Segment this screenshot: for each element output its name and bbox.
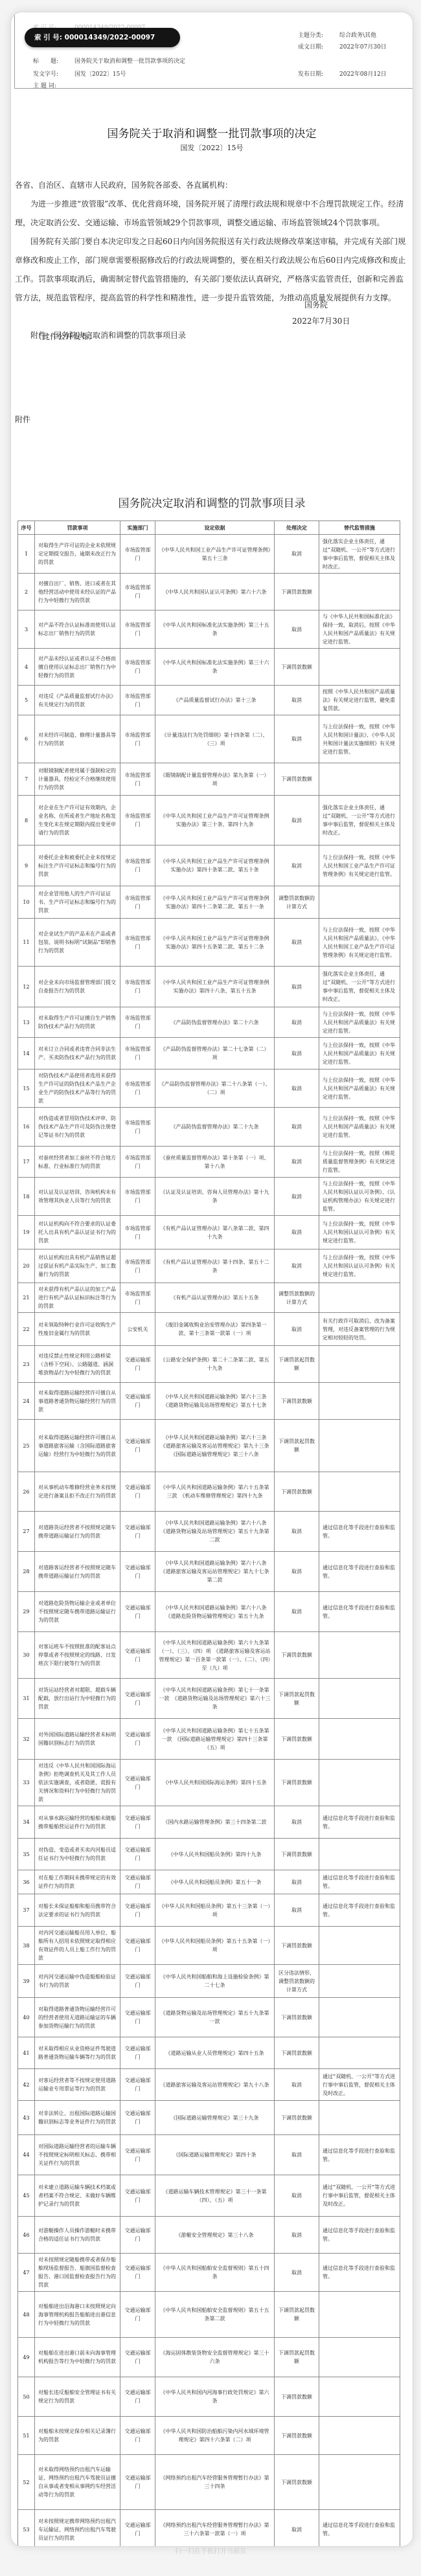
cell-measure — [319, 2292, 400, 2338]
cell-decision: 区分违法情形，调整罚款数额的计算方式 — [275, 1965, 319, 1998]
cell-basis: 《国内水路运输管理条例》第三十四条第二款 — [155, 1806, 275, 1839]
table-row: 47对未按照规定随船携带或者保存船舶现场监督报告、船旗国监督检查报告、港口国监督… — [18, 2254, 400, 2292]
cell-dept: 交通运输部门 — [120, 1346, 155, 1383]
table-row: 42对客运经营者等不按规定使用道路运输业专用票证等行为的罚款交通运输部门《道路旅… — [18, 2069, 400, 2101]
cell-item: 对内河交通运输中伪造船舶检验证书行为的罚款 — [35, 1965, 120, 1998]
cell-no: 38 — [18, 1927, 35, 1965]
table-row: 46对游艇操作人员操作游艇时未携带合格的适任证书行为的罚款交通运输部门《游艇安全… — [18, 2217, 400, 2254]
cell-no: 11 — [18, 919, 35, 967]
footer-hint: 扫一扫在手机打开当前页 — [0, 2546, 421, 2555]
cell-measure — [319, 1679, 400, 1719]
meta-title: 标 题:国务院关于取消和调整一批罚款事项的决定 — [33, 56, 185, 65]
cell-dept: 市场监管部门 — [120, 1147, 155, 1178]
cell-dept: 市场监管部门 — [120, 1249, 155, 1283]
cell-item: 对船舶进出沿海港口未按照规定向海事管理机构报告船舶进出港信息行为中轻微行为的罚款 — [35, 2292, 120, 2338]
meta-publish-date: 发布日期:2022年08月12日 — [298, 69, 387, 78]
cell-measure — [319, 1346, 400, 1383]
cell-basis: 《道路运输从业人员管理规定》第四十五条 — [155, 2037, 275, 2069]
cell-measure: 与上位法保持一致，按照《中华人民共和国计量法》、《中华人民共和国计量法实施细则》… — [319, 715, 400, 763]
cell-basis: 《产品防伪监督管理办法》第二十六条 — [155, 1007, 275, 1038]
cell-no: 6 — [18, 715, 35, 763]
table-row: 2对擅自出厂、销售、进口或者在其他经营活动中使用未经认证的产品行为中轻微行为的罚… — [18, 574, 400, 610]
cell-no: 26 — [18, 1472, 35, 1512]
cell-dept: 交通运输部门 — [120, 1512, 155, 1552]
cell-no: 29 — [18, 1592, 35, 1632]
table-row: 19对认证机构向不符合要求的认证委托人出具有机产品认证证书行为的罚款市场监管部门… — [18, 1216, 400, 1249]
cell-measure — [319, 1965, 400, 1998]
cell-no: 42 — [18, 2069, 35, 2101]
cell-measure: 与上位法保持一致，按照《棉花质量监督管理条例》有关规定进行监管。 — [319, 1147, 400, 1178]
cell-decision: 下调罚款起罚数额 — [275, 2338, 319, 2377]
column-header: 处理决定 — [275, 521, 319, 535]
cell-basis: 《中华人民共和国道路运输条例》第七十一条第一款 《道路货物运输及站场管理规定》第… — [155, 1679, 275, 1719]
cell-measure: 通过“双随机、一公开”等方式进行事中事后监管，督促相关主体及时改正。 — [319, 2069, 400, 2101]
cell-dept: 交通运输部门 — [120, 2417, 155, 2455]
metadata-table: 索 引 号:000014349/2022-00097 标 题:国务院关于取消和调… — [14, 12, 413, 89]
cell-basis: 《计量违法行为处罚细则》第十四条第（二）、（三）项 — [155, 715, 275, 763]
cell-no: 52 — [18, 2455, 35, 2510]
table-row: 21对未获得有机产品认证的加工产品进行有机产品认证标识标注等行为的罚款市场监管部… — [18, 1283, 400, 1313]
cell-basis: 《道路旅客运输及客运站管理规定》第九十八条 — [155, 2069, 275, 2101]
cell-item: 对货运站经营者对超限、超载车辆配载，放行出站行为中轻微行为的罚款 — [35, 1679, 120, 1719]
cell-decision: 取消 — [275, 919, 319, 967]
cell-dept: 交通运输部门 — [120, 2254, 155, 2292]
column-header: 序号 — [18, 521, 35, 535]
cell-no: 23 — [18, 1346, 35, 1383]
cell-decision: 下调罚款数额 — [275, 1998, 319, 2037]
cell-decision: 下调罚款数额 — [275, 1719, 319, 1760]
cell-decision: 取消 — [275, 2510, 319, 2548]
cell-item: 对未获得有机产品认证的加工产品进行有机产品认证标识标注等行为的罚款 — [35, 1283, 120, 1313]
cell-decision: 取消 — [275, 796, 319, 846]
cell-basis: 《中华人民共和国船员条例》第五十一条 — [155, 1870, 275, 1894]
cell-basis: 《中华人民共和国标准化法实施条例》第三十五条 — [155, 610, 275, 649]
cell-basis: 《中华人民共和国道路运输条例》第六十九条第（一）、（三）、（四）项 《道路旅客运… — [155, 1632, 275, 1679]
cell-measure: 与上位法保持一致，按照《中华人民共和国工业产品生产许可证管理条例》有关规定进行监… — [319, 846, 400, 886]
cell-item: 对眼镜制配者使用属于强制检定的计量器具，经检定不合格继续使用行为的罚款 — [35, 763, 120, 796]
cell-decision: 调整罚款数额的计算方式 — [275, 886, 319, 919]
cell-measure — [319, 2377, 400, 2417]
cell-decision: 下调罚款数额 — [275, 1927, 319, 1965]
cell-dept: 市场监管部门 — [120, 574, 155, 610]
cell-no: 3 — [18, 610, 35, 649]
cell-item: 对企业试生产的产品未在产品或者包装、说明书标明“试制品”即销售行为的罚款 — [35, 919, 120, 967]
table-row: 51对船舶未按规定保存相关记录簿行为的罚款交通运输部门《中华人民共和国防治船舶污… — [18, 2417, 400, 2455]
table-header-row: 序号 罚款事项 实施部门 设定依据 处理决定 替代监管措施 — [18, 521, 400, 535]
cell-no: 32 — [18, 1719, 35, 1760]
table-row: 18对认证及认证培训、咨询机构未有效管理其执业人员等行为的罚款市场监管部门《认证… — [18, 1178, 400, 1216]
cell-item: 对未按照规定随船携带或者保存船舶现场监督报告、船旗国监督检查报告、港口国监督检查… — [35, 2254, 120, 2292]
publish-note: （此件公开发布） — [34, 331, 97, 342]
cell-measure: 通过信息化等手段进行查验和监管。 — [319, 1870, 400, 1894]
cell-item: 对蚕丝经营者加工蚕丝不符合地方标准、行业标准行为的罚款 — [35, 1147, 120, 1178]
cell-measure — [319, 1632, 400, 1679]
cell-dept: 市场监管部门 — [120, 1178, 155, 1216]
cell-basis: 《产品防伪监督管理办法》第二十七条第（二）项 — [155, 1038, 275, 1070]
cell-item: 对未取得道路运输经营许可擅自从事道路普通货物运输经营行为的罚款 — [35, 1383, 120, 1420]
cell-basis: 《网络预约出租汽车经营服务管理暂行办法》第三十六条第一款第（一）项 — [155, 2510, 275, 2548]
cell-item: 对未取得网络预约出租汽车运输证、网络预约出租汽车驾驶员证擅自从事或者变相从事网约… — [35, 2455, 120, 2510]
cell-measure: 通过信息化等手段进行查验和监管。 — [319, 2254, 400, 2292]
cell-decision: 取消 — [275, 1592, 319, 1632]
cell-basis: 《中华人民共和国工业产品生产许可证管理条例实施办法》第四十八条、第五十五条 — [155, 967, 275, 1007]
cell-basis: 《中华人民共和国道路运输条例》第六十八条 《道路旅客运输及客运站管理规定》第九十… — [155, 1552, 275, 1592]
cell-dept: 市场监管部门 — [120, 1070, 155, 1108]
cell-no: 19 — [18, 1216, 35, 1249]
cell-basis: 《中华人民共和国船舶安全监督规则》第五十五条第二款 — [155, 2292, 275, 2338]
cell-dept: 市场监管部门 — [120, 763, 155, 796]
cell-item: 对在船工作期间未携带规定的有效证件行为的罚款 — [35, 1870, 120, 1894]
cell-no: 36 — [18, 1870, 35, 1894]
table-row: 45对未建立道路运输车辆技术档案或者档案不符合规定、未做好车辆维护记录行为的罚款… — [18, 2175, 400, 2217]
cell-item: 对国际道路运输经营者的运输车辆不按照规定标明相关标志、携带相关证件行为的罚款 — [35, 2135, 120, 2175]
cell-no: 24 — [18, 1383, 35, 1420]
cell-measure: 与上位法保持一致，按照《中华人民共和国认证认可条例》、《认证机构管理办法》有关规… — [319, 1178, 400, 1216]
table-row: 32对外国国际道路运输经营者未标明国籍识别标志行为的罚款交通运输部门《中华人民共… — [18, 1719, 400, 1760]
cell-basis: 《中华人民共和国认证认可条例》第六十六条 — [155, 574, 275, 610]
cell-decision: 下调罚款数额 — [275, 1383, 319, 1420]
cell-item: 对船舶在进出港口前未向海事管理机构报告等行为中轻微行为的罚款 — [35, 2338, 120, 2377]
cell-dept: 交通运输部门 — [120, 1806, 155, 1839]
cell-decision: 取消 — [275, 2135, 319, 2175]
table-row: 35对伪造、变造或者买卖内河船员适任证书行为中轻微行为的罚款交通运输部门《中华人… — [18, 1839, 400, 1870]
cell-no: 53 — [18, 2510, 35, 2548]
cell-measure: 通过信息化等手段进行查验和监管。 — [319, 1894, 400, 1927]
cell-decision: 调整罚款数额的计算方式 — [275, 1283, 319, 1313]
cell-no: 22 — [18, 1313, 35, 1346]
cell-basis: 《产品防伪监督管理办法》第二十八条第（一）、（二）项 — [155, 1070, 275, 1108]
cell-item: 对伪造、变造或者买卖内河船员适任证书行为中轻微行为的罚款 — [35, 1839, 120, 1870]
cell-item: 对船长未保证船舶和船员携带符合法定要求的证书行为的罚款 — [35, 1894, 120, 1927]
cell-basis: 《中华人民共和国船员条例》第四十九条 — [155, 1839, 275, 1870]
cell-no: 34 — [18, 1806, 35, 1839]
cell-basis: 《海运固体散装货物安全监督管理规定》第三十六条 — [155, 2338, 275, 2377]
cell-no: 1 — [18, 535, 35, 574]
cell-dept: 交通运输部门 — [120, 2455, 155, 2510]
cell-item: 对伪造或者冒用防伪技术评审、防伪技术产品生产许可及防伪注册登记等证书行为的罚款 — [35, 1108, 120, 1147]
cell-dept: 市场监管部门 — [120, 686, 155, 715]
cell-dept: 交通运输部门 — [120, 1839, 155, 1870]
cell-measure: 通过信息化等手段进行查验和监管。 — [319, 2135, 400, 2175]
cell-item: 对道路货运经营者不按照规定随车携带道路运输证行为的罚款 — [35, 1512, 120, 1552]
cell-basis: 《眼镜制配计量监督管理办法》第九条第（一）项 — [155, 763, 275, 796]
cell-basis: 《产品质量监督试行办法》第十三条 — [155, 686, 275, 715]
penalty-items-table: 序号 罚款事项 实施部门 设定依据 处理决定 替代监管措施 1对取得生产许可证的… — [17, 521, 400, 2547]
index-number-badge: 索 引 号: 000014349/2022-00097 — [25, 28, 180, 47]
cell-no: 37 — [18, 1894, 35, 1927]
cell-basis: 《废旧金属收购业治安管理办法》第四条第一款、第十三条第一款第（一）项 — [155, 1313, 275, 1346]
table-row: 17对蚕丝经营者加工蚕丝不符合地方标准、行业标准行为的罚款市场监管部门《蚕丝质量… — [18, 1147, 400, 1178]
table-row: 50对船长违反船舶安全管理证书有关规定行为的罚款交通运输部门《中华人民共和国内河… — [18, 2377, 400, 2417]
cell-measure: 通过信息化等手段进行查验和监管。 — [319, 1806, 400, 1839]
table-row: 24对未取得道路运输经营许可擅自从事道路普通货物运输经营行为的罚款交通运输部门《… — [18, 1383, 400, 1420]
cell-decision: 取消 — [275, 2175, 319, 2217]
cell-dept: 交通运输部门 — [120, 2037, 155, 2069]
cell-no: 47 — [18, 2254, 35, 2292]
cell-no: 25 — [18, 1420, 35, 1472]
cell-basis: 《蚕丝质量监督管理办法》第十条第（一）项、第十八条 — [155, 1147, 275, 1178]
cell-decision: 取消 — [275, 1313, 319, 1346]
cell-item: 对外国国际道路运输经营者未标明国籍识别标志行为的罚款 — [35, 1719, 120, 1760]
meta-category: 主题分类:综合政务\其他 — [298, 30, 376, 39]
cell-measure — [319, 574, 400, 610]
paragraph: 国务院有关部门要自本决定印发之日起60日内向国务院报送有关行政法规修改草案送审稿… — [15, 232, 407, 308]
table-row: 23对违反禁止性规定利用公路桥梁（含桥下空间）、公路隧道、涵洞堆放物品行为中轻微… — [18, 1346, 400, 1383]
cell-decision: 取消 — [275, 1038, 319, 1070]
cell-decision: 取消 — [275, 610, 319, 649]
cell-dept: 市场监管部门 — [120, 1283, 155, 1313]
cell-no: 30 — [18, 1632, 35, 1679]
cell-dept: 市场监管部门 — [120, 610, 155, 649]
cell-decision: 下调罚款起罚数额 — [275, 2292, 319, 2338]
cell-measure — [319, 2338, 400, 2377]
cell-basis: 《中华人民共和国防治船舶污染内河水域环境管理规定》第四十六条第（二）项 — [155, 2417, 275, 2455]
cell-basis: 《中华人民共和国道路运输条例》第六十五条第三款 《机动车维修管理规定》第四十九条 — [155, 1472, 275, 1512]
cell-item: 对违反禁止性规定利用公路桥梁（含桥下空间）、公路隧道、涵洞堆放物品行为中轻微行为… — [35, 1346, 120, 1383]
table-row: 39对内河交通运输中伪造船舶检验证书行为的罚款交通运输部门《中华人民共和国船舶和… — [18, 1965, 400, 1998]
table-row: 22对未领取特种行业许可证收购生产性废旧金属行为的罚款公安机关《废旧金属收购业治… — [18, 1313, 400, 1346]
cell-decision: 下调罚款数额 — [275, 1632, 319, 1679]
cell-item: 对企业在生产许可证有效期内，企业名称、住所或者生产地址名称发生变化未在规定期限内… — [35, 796, 120, 846]
cell-no: 28 — [18, 1552, 35, 1592]
cell-item: 对从事机动车维修经营业务未按规定进行备案且拒不改正行为的罚款 — [35, 1472, 120, 1512]
cell-basis: 《有机产品认证管理办法》第八条第二款、第四十九条 — [155, 1216, 275, 1249]
cell-basis: 《中华人民共和国船舶和海上设施检验条例》第二十七条 — [155, 1965, 275, 1998]
cell-dept: 交通运输部门 — [120, 2101, 155, 2135]
table-row: 36对在船工作期间未携带规定的有效证件行为的罚款交通运输部门《中华人民共和国船员… — [18, 1870, 400, 1894]
cell-decision: 取消 — [275, 2217, 319, 2254]
cell-item: 对船舶未按规定保存相关记录簿行为的罚款 — [35, 2417, 120, 2455]
cell-decision: 取消 — [275, 1147, 319, 1178]
cell-decision: 取消 — [275, 1007, 319, 1038]
cell-dept: 市场监管部门 — [120, 846, 155, 886]
cell-no: 7 — [18, 763, 35, 796]
column-header: 设定依据 — [155, 521, 275, 535]
document-title: 国务院关于取消和调整一批罚款事项的决定 — [11, 124, 413, 140]
cell-item: 对道路危险货物运输企业或者单位不按照规定随车携带道路运输证行为的罚款 — [35, 1592, 120, 1632]
cell-no: 16 — [18, 1108, 35, 1147]
cell-no: 8 — [18, 796, 35, 846]
cell-dept: 市场监管部门 — [120, 649, 155, 686]
cell-item: 对游艇操作人员操作游艇时未携带合格的适任证书行为的罚款 — [35, 2217, 120, 2254]
table-row: 38对内河交通运输船员用人单位、船舶所有人招用未依照规定取得相应有效证件的人员上… — [18, 1927, 400, 1965]
cell-item: 对认证机构向不符合要求的认证委托人出具有机产品认证证书行为的罚款 — [35, 1216, 120, 1249]
cell-item: 对认证及认证培训、咨询机构未有效管理其执业人员等行为的罚款 — [35, 1178, 120, 1216]
cell-measure: 按照《中华人民共和国产品质量法》有关规定进行监管，避免重复罚款。 — [319, 686, 400, 715]
cell-no: 43 — [18, 2101, 35, 2135]
cell-decision: 取消 — [275, 1178, 319, 1216]
signer: 国务院 — [304, 299, 328, 310]
cell-measure: 通过信息化等手段进行查验和监管。 — [319, 2510, 400, 2548]
table-row: 33对违反《中华人民共和国国际海运条例》拒绝调查机关及其工作人员依法实施调查，或… — [18, 1760, 400, 1806]
cell-item: 对非法转让、出租国际道路运输国籍识别标志等业务证件行为的罚款 — [35, 2101, 120, 2135]
table-row: 48对船舶进出沿海港口未按照规定向海事管理机构报告船舶进出港信息行为中轻微行为的… — [18, 2292, 400, 2338]
cell-basis: 《中华人民共和国道路运输条例》第六十八条 《道路货物运输及站场管理规定》第五十九… — [155, 1512, 275, 1552]
cell-basis: 《产品防伪监督管理办法》第二十九条 — [155, 1108, 275, 1147]
cell-dept: 交通运输部门 — [120, 2175, 155, 2217]
cell-no: 9 — [18, 846, 35, 886]
cell-no: 33 — [18, 1760, 35, 1806]
cell-basis: 《网络预约出租汽车经营服务管理暂行办法》第三十四条 — [155, 2455, 275, 2510]
cell-item: 对企业未向市场监督管理部门提交自查报告行为的罚款 — [35, 967, 120, 1007]
cell-item: 对未订立合同或者违背合同非法生产、买卖防伪技术产品行为的罚款 — [35, 1038, 120, 1070]
table-row: 3对产品不符合认证标准而使用认证标志出厂销售行为的罚款市场监管部门《中华人民共和… — [18, 610, 400, 649]
table-row: 52对未取得网络预约出租汽车运输证、网络预约出租汽车驾驶员证擅自从事或者变相从事… — [18, 2455, 400, 2510]
table-row: 12对企业未向市场监督管理部门提交自查报告行为的罚款市场监管部门《中华人民共和国… — [18, 967, 400, 1007]
cell-item: 对擅自出厂、销售、进口或者在其他经营活动中使用未经认证的产品行为中轻微行为的罚款 — [35, 574, 120, 610]
document-number: 国发〔2022〕15号 — [11, 142, 413, 153]
cell-item: 对道路客运经营者不按照规定随车携带道路运输证行为的罚款 — [35, 1552, 120, 1592]
cell-basis: 《中华人民共和国工业产品生产许可证管理条例实施办法》第四十条第二款、第五十条 — [155, 846, 275, 886]
cell-measure — [319, 1927, 400, 1965]
cell-measure: 强化落实企业主体责任，通过“双随机、一公开”等方式进行事中事后监管，督促相关主体… — [319, 796, 400, 846]
cell-decision: 取消 — [275, 1512, 319, 1552]
column-header: 罚款事项 — [35, 521, 120, 535]
table-row: 53对未按照规定携带网络预约出租汽车运输证、网络预约出租汽车驾驶员证行为的罚款交… — [18, 2510, 400, 2548]
cell-basis: 《游艇安全管理规定》第三十八条 — [155, 2217, 275, 2254]
cell-measure: 与上位法保持一致，按照《中华人民共和国认证认可条例》有关规定进行监管。 — [319, 1249, 400, 1283]
cell-measure: 通过信息化等手段进行查验和监管。 — [319, 1512, 400, 1552]
table-row: 25对未取得道路运输经营许可擅自从事道路旅客运输（含国际道路旅客运输）经营行为中… — [18, 1420, 400, 1472]
cell-dept: 交通运输部门 — [120, 1927, 155, 1965]
cell-measure: 与上位法保持一致，按照《中华人民共和国产品质量法》有关规定进行监管。 — [319, 1038, 400, 1070]
cell-decision: 取消 — [275, 2254, 319, 2292]
table-row: 28对道路客运经营者不按照规定随车携带道路运输证行为的罚款交通运输部门《中华人民… — [18, 1552, 400, 1592]
cell-measure: 与上位法保持一致，按照《中华人民共和国产品质量法》、《中华人民共和国工业产品生产… — [319, 919, 400, 967]
cell-basis: 《中华人民共和国国际海运条例》第四十五条 — [155, 1760, 275, 1806]
cell-basis: 《道路货物运输及站场管理规定》第五十九条第一款 — [155, 1998, 275, 2037]
cell-no: 48 — [18, 2292, 35, 2338]
cell-item: 对船长违反船舶安全管理证书有关规定行为的罚款 — [35, 2377, 120, 2417]
cell-no: 31 — [18, 1679, 35, 1719]
cell-decision: 下调罚款数额 — [275, 2377, 319, 2417]
cell-dept: 交通运输部门 — [120, 2069, 155, 2101]
cell-item: 对未按照规定携带网络预约出租汽车运输证、网络预约出租汽车驾驶员证行为的罚款 — [35, 2510, 120, 2548]
cell-dept: 交通运输部门 — [120, 2217, 155, 2254]
cell-decision: 取消 — [275, 1249, 319, 1283]
cell-no: 4 — [18, 649, 35, 686]
cell-measure — [319, 1383, 400, 1420]
table-row: 7对眼镜制配者使用属于强制检定的计量器具，经检定不合格继续使用行为的罚款市场监管… — [18, 763, 400, 796]
cell-item: 对未取得生产许可证擅自生产销售防伪技术产品行为的罚款 — [35, 1007, 120, 1038]
cell-no: 40 — [18, 1998, 35, 2037]
meta-doc-no: 发文字号:国发〔2022〕15号 — [33, 69, 126, 78]
cell-decision: 取消 — [275, 1552, 319, 1592]
cell-dept: 交通运输部门 — [120, 2377, 155, 2417]
cell-no: 20 — [18, 1249, 35, 1283]
cell-dept: 市场监管部门 — [120, 886, 155, 919]
cell-basis: 《中华人民共和国标准化法实施条例》第三十六条 — [155, 649, 275, 686]
cell-no: 27 — [18, 1512, 35, 1552]
cell-dept: 交通运输部门 — [120, 1592, 155, 1632]
cell-decision: 下调罚款起罚数额 — [275, 1679, 319, 1719]
cell-dept: 交通运输部门 — [120, 1965, 155, 1998]
cell-measure: 强化落实企业主体责任，通过“双随机、一公开”等方式进行事中事后监管，督促相关主体… — [319, 535, 400, 574]
cell-measure — [319, 886, 400, 919]
cell-item: 对未领取特种行业许可证收购生产性废旧金属行为的罚款 — [35, 1313, 120, 1346]
cell-basis: 《国际道路运输管理规定》第四十条 — [155, 2135, 275, 2175]
cell-decision: 下调罚款起罚数额 — [275, 1420, 319, 1472]
cell-basis: 《中华人民共和国船舶安全监督规则》第五十四条 — [155, 2254, 275, 2292]
table-row: 31对货运站经营者对超限、超载车辆配载，放行出站行为中轻微行为的罚款交通运输部门… — [18, 1679, 400, 1719]
table-row: 10对企业冒用他人的生产许可证证书、生产许可证标志和编号行为的罚款市场监管部门《… — [18, 886, 400, 919]
cell-no: 17 — [18, 1147, 35, 1178]
cell-item: 对委托企业和被委托企业未按规定标注生产许可证标志和编号行为的罚款 — [35, 846, 120, 886]
sign-date: 2022年7月30日 — [292, 315, 350, 326]
table-row: 37对船长未保证船舶和船员携带符合法定要求的证书行为的罚款交通运输部门《中华人民… — [18, 1894, 400, 1927]
cell-basis: 《中华人民共和国工业产品生产许可证管理条例实施办法》第四十五条第二款、第五十二条 — [155, 919, 275, 967]
cell-measure — [319, 1420, 400, 1472]
cell-decision: 取消 — [275, 967, 319, 1007]
cell-no: 35 — [18, 1839, 35, 1870]
cell-dept: 市场监管部门 — [120, 796, 155, 846]
table-row: 8对企业在生产许可证有效期内，企业名称、住所或者生产地址名称发生变化未在规定期限… — [18, 796, 400, 846]
cell-no: 14 — [18, 1038, 35, 1070]
table-row: 41对未取得相应从业资格证件驾驶道路普通货物运输车辆等行为的罚款交通运输部门《道… — [18, 2037, 400, 2069]
cell-dept: 市场监管部门 — [120, 1108, 155, 1147]
cell-dept: 交通运输部门 — [120, 2135, 155, 2175]
cell-item: 对客运经营者等不按规定使用道路运输业专用票证等行为的罚款 — [35, 2069, 120, 2101]
table-row: 43对非法转让、出租国际道路运输国籍识别标志等业务证件行为的罚款交通运输部门《国… — [18, 2101, 400, 2135]
cell-no: 46 — [18, 2217, 35, 2254]
cell-measure — [319, 1472, 400, 1512]
annex-title: 国务院决定取消和调整的罚款事项目录 — [11, 494, 413, 510]
cell-dept: 市场监管部门 — [120, 967, 155, 1007]
cell-basis: 《中华人民共和国船员条例》第五十三条第（一）项 — [155, 1894, 275, 1927]
cell-basis: 《认证及认证培训、咨询人员管理办法》第十九条 — [155, 1178, 275, 1216]
cell-decision: 下调罚款数额 — [275, 2037, 319, 2069]
table-row: 27对道路货运经营者不按照规定随车携带道路运输证行为的罚款交通运输部门《中华人民… — [18, 1512, 400, 1552]
cell-decision: 取消 — [275, 1108, 319, 1147]
meta-keywords: 主 题 词: — [33, 81, 74, 89]
table-row: 34对从事水路运输经营的船舶未随船携带船舶营运证件行为的罚款交通运输部门《国内水… — [18, 1806, 400, 1839]
cell-no: 5 — [18, 686, 35, 715]
paragraph: 为进一步推进“放管服”改革、优化营商环境，国务院开展了清理行政法规和规章中不合理… — [15, 195, 407, 232]
cell-decision: 下调罚款起罚数额 — [275, 1346, 319, 1383]
cell-no: 2 — [18, 574, 35, 610]
cell-dept: 交通运输部门 — [120, 2338, 155, 2377]
cell-item: 对取得生产许可证的企业未依照规定定期提交报告，逾期未改正行为的罚款 — [35, 535, 120, 574]
cell-basis: 《中华人民共和国工业产品生产许可证管理条例实施办法》第四十二条第二款、第五十一条 — [155, 886, 275, 919]
cell-no: 10 — [18, 886, 35, 919]
table-row: 44对国际道路运输经营者的运输车辆不按照规定标明相关标志、携带相关证件行为的罚款… — [18, 2135, 400, 2175]
cell-decision: 取消 — [275, 1870, 319, 1894]
cell-basis: 《道路运输车辆技术管理规定》第三十一条第（四）、（五）项 — [155, 2175, 275, 2217]
cell-measure: 有关行政许可取消后，改为备案管理，对违反备案管理的行为规定相对较轻的处罚。 — [319, 1313, 400, 1346]
cell-no: 13 — [18, 1007, 35, 1038]
cell-item: 对未取得道路运输经营许可擅自从事道路旅客运输（含国际道路旅客运输）经营行为中轻微… — [35, 1420, 120, 1472]
cell-decision: 取消 — [275, 715, 319, 763]
cell-dept: 市场监管部门 — [120, 715, 155, 763]
cell-measure — [319, 649, 400, 686]
cell-decision: 取消 — [275, 686, 319, 715]
cell-no: 39 — [18, 1965, 35, 1998]
salutation: 各省、自治区、直辖市人民政府，国务院各部委、各直属机构： — [15, 176, 407, 195]
cell-no: 12 — [18, 967, 35, 1007]
cell-dept: 公安机关 — [120, 1313, 155, 1346]
table-row: 9对委托企业和被委托企业未按规定标注生产许可证标志和编号行为的罚款市场监管部门《… — [18, 846, 400, 886]
cell-dept: 市场监管部门 — [120, 1007, 155, 1038]
cell-dept: 交通运输部门 — [120, 1552, 155, 1592]
cell-no: 50 — [18, 2377, 35, 2417]
cell-measure — [319, 2101, 400, 2135]
table-row: 6对未经许可制造、修理计量器具等行为的罚款市场监管部门《计量违法行为处罚细则》第… — [18, 715, 400, 763]
cell-basis: 《有机产品认证管理办法》第十四条、第五十二条 — [155, 1249, 275, 1283]
meta-written-date: 成文日期:2022年07月30日 — [298, 42, 387, 50]
cell-item: 对违反《中华人民共和国国际海运条例》拒绝调查机关及其工作人员依法实施调查，或者隐… — [35, 1760, 120, 1806]
table-row: 13对未取得生产许可证擅自生产销售防伪技术产品行为的罚款市场监管部门《产品防伪监… — [18, 1007, 400, 1038]
cell-basis: 《中华人民共和国工业产品生产许可证管理条例》第五十三条 — [155, 535, 275, 574]
